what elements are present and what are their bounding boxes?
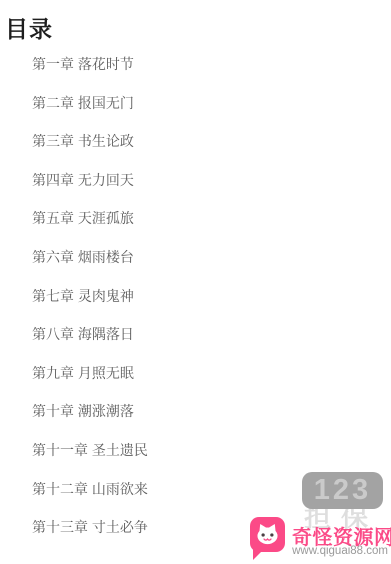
toc-item[interactable]: 第八章 海隅落日 bbox=[32, 327, 148, 342]
toc-item[interactable]: 第十二章 山雨欲来 bbox=[32, 482, 148, 497]
toc-item[interactable]: 第十章 潮涨潮落 bbox=[32, 404, 148, 419]
toc-item[interactable]: 第五章 天涯孤旅 bbox=[32, 211, 148, 226]
toc-item[interactable]: 第十一章 圣土遗民 bbox=[32, 443, 148, 458]
watermark-123-text: 123 bbox=[314, 476, 371, 505]
toc-list: 第一章 落花时节 第二章 报国无门 第三章 书生论政 第四章 无力回天 第五章 … bbox=[32, 57, 148, 559]
page-title: 目录 bbox=[5, 16, 53, 43]
toc-item[interactable]: 第九章 月照无眠 bbox=[32, 366, 148, 381]
toc-item[interactable]: 第一章 落花时节 bbox=[32, 57, 148, 72]
toc-item[interactable]: 第三章 书生论政 bbox=[32, 134, 148, 149]
cat-logo-icon bbox=[250, 517, 285, 552]
watermark-site-url: www.qiguai88.com bbox=[292, 545, 388, 557]
toc-item[interactable]: 第十三章 寸土必争 bbox=[32, 520, 148, 535]
toc-item[interactable]: 第七章 灵肉鬼神 bbox=[32, 289, 148, 304]
toc-item[interactable]: 第六章 烟雨楼台 bbox=[32, 250, 148, 265]
toc-item[interactable]: 第四章 无力回天 bbox=[32, 173, 148, 188]
toc-page: 目录 第一章 落花时节 第二章 报国无门 第三章 书生论政 第四章 无力回天 第… bbox=[0, 0, 391, 564]
watermark-123-badge: 123 bbox=[302, 472, 383, 509]
toc-item[interactable]: 第二章 报国无门 bbox=[32, 96, 148, 111]
